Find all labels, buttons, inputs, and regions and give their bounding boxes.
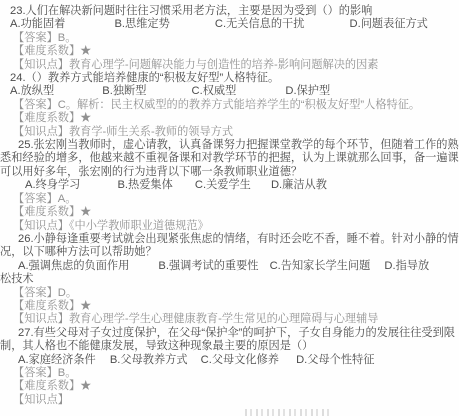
question-23-stem: 23.人们在解决新问题时往往习惯采用老方法，主要是因为受到（）的影响	[0, 5, 459, 18]
question-27-stem: 27.有些父母对子女过度保护，在父母“保护伞”的呵护下，子女自身能力的发展往往受…	[0, 327, 459, 354]
question-25-option-b: B.热爱集体	[117, 179, 172, 191]
question-24-option-d: D.保护型	[285, 85, 330, 97]
question-26-option-c: C.告知家长学生问题	[270, 260, 371, 272]
question-27-knowledge-line: 【知识点】	[0, 394, 459, 407]
question-26-answer-line: 【答案】D。	[0, 287, 459, 300]
question-24-stem: 24.（）教养方式能培养健康的“积极友好型”人格特征。	[0, 72, 459, 85]
question-26-option-a: A.强调焦虑的负面作用	[18, 260, 129, 272]
question-27-options-row: A.家庭经济条件 B.父母教养方式 C.父母文化修养 D.父母个性特征	[0, 354, 459, 367]
question-26-knowledge-line: 【知识点】教育心理学-学生心理健康教育-学生常见的心理障碍与心理辅导	[0, 313, 459, 326]
question-27: 27.有些父母对子女过度保护，在父母“保护伞”的呵护下，子女自身能力的发展往往受…	[0, 327, 459, 407]
question-23-option-d: D.问题表征方式	[350, 18, 428, 30]
question-23-option-c: C.无关信息的干扰	[215, 18, 305, 30]
question-25-option-d: D.廉洁从教	[271, 179, 327, 191]
question-27-difficulty-line: 【难度系数】★	[0, 380, 459, 393]
question-25: 25.张宏刚当教师时，虚心请教，认真备课努力把握课堂教学的每个环节，但随着工作的…	[0, 139, 459, 233]
question-26-stem: 26.小静每逢重要考试就会出现紧张焦虑的情绪，有时还会吃不香，睡不着。针对小静的…	[0, 233, 459, 260]
question-26-option-b: B.强调考试的重要性	[158, 260, 258, 272]
question-23: 23.人们在解决新问题时往往习惯采用老方法，主要是因为受到（）的影响 A.功能固…	[0, 5, 459, 72]
question-23-option-b: B.思维定势	[114, 18, 169, 30]
question-27-option-a: A.家庭经济条件	[18, 354, 96, 366]
question-23-difficulty-line: 【难度系数】★	[0, 45, 459, 58]
question-27-option-c: C.父母文化修养	[201, 354, 279, 366]
question-23-answer-line: 【答案】B。	[0, 32, 459, 45]
question-24: 24.（）教养方式能培养健康的“积极友好型”人格特征。 A.放纵型 B.独断型 …	[0, 72, 459, 139]
question-25-option-a: A.终身学习	[25, 179, 80, 191]
question-26-options-row: A.强调焦虑的负面作用 B.强调考试的重要性 C.告知家长学生问题 D.指导放松…	[0, 260, 459, 287]
question-25-difficulty-line: 【难度系数】★	[0, 206, 459, 219]
exam-document-page: 23.人们在解决新问题时往往习惯采用老方法，主要是因为受到（）的影响 A.功能固…	[0, 0, 459, 416]
question-25-stem: 25.张宏刚当教师时，虚心请教，认真备课努力把握课堂教学的每个环节，但随着工作的…	[0, 139, 459, 179]
question-24-options-row: A.放纵型 B.独断型 C.权威型 D.保护型	[0, 85, 459, 98]
question-24-option-b: B.独断型	[102, 85, 146, 97]
question-26: 26.小静每逢重要考试就会出现紧张焦虑的情绪，有时还会吃不香，睡不着。针对小静的…	[0, 233, 459, 327]
question-23-knowledge-line: 【知识点】教育心理学-问题解决能力与创造性的培养-影响问题解决的因素	[0, 59, 459, 72]
question-23-options-row: A.功能固着 B.思维定势 C.无关信息的干扰 D.问题表征方式	[0, 18, 459, 31]
question-27-option-b: B.父母教养方式	[110, 354, 188, 366]
question-24-option-a: A.放纵型	[10, 85, 54, 97]
question-24-answer-line: 【答案】C。解析：民主权威型的的教养方式能培养学生的“积极友好型”人格特征。	[0, 99, 459, 112]
question-24-difficulty-line: 【难度系数】★	[0, 112, 459, 125]
question-26-difficulty-line: 【难度系数】★	[0, 300, 459, 313]
question-24-option-c: C.权威型	[192, 85, 237, 97]
question-25-knowledge-line: 【知识点】《中小学教师职业道德规范》	[0, 220, 459, 233]
question-25-option-c: C.关爱学生	[195, 179, 251, 191]
question-27-answer-line: 【答案】B。	[0, 367, 459, 380]
cutoff-text-fragment	[245, 409, 330, 416]
question-25-options-row: A.终身学习 B.热爱集体 C.关爱学生 D.廉洁从教	[0, 179, 459, 192]
question-24-knowledge-line: 【知识点】教育学-师生关系-教师的领导方式	[0, 126, 459, 139]
question-27-option-d: D.父母个性特征	[296, 354, 374, 366]
question-23-option-a: A.功能固着	[10, 18, 65, 30]
question-25-answer-line: 【答案】A。	[0, 193, 459, 206]
